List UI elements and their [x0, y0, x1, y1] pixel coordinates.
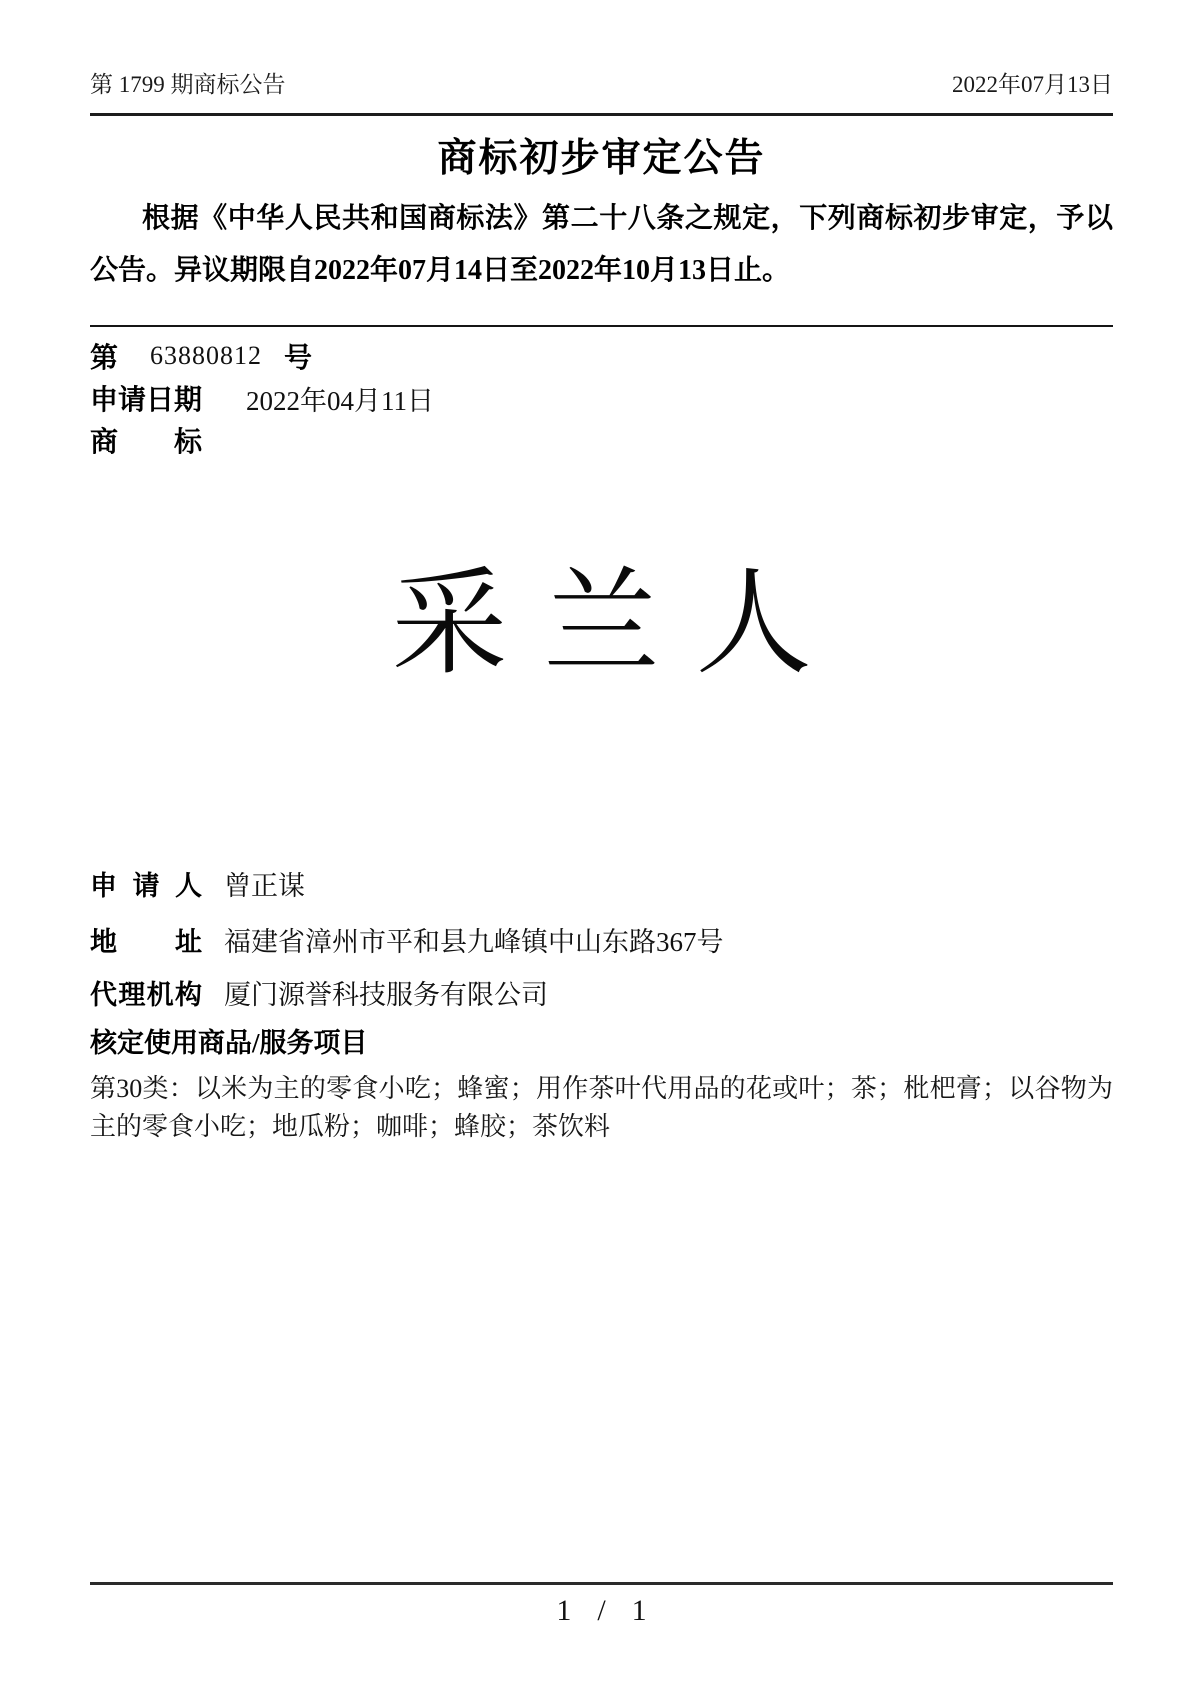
address-row: 地址 福建省漳州市平和县九峰镇中山东路367号: [90, 923, 1113, 961]
agency-row: 代理机构 厦门源誉科技服务有限公司: [90, 976, 1113, 1014]
registration-number-row: 第 63880812 号: [90, 335, 1113, 377]
reg-prefix-label: 第: [90, 336, 118, 376]
page-number: 1/1: [90, 1594, 1113, 1628]
page-footer: 1/1: [90, 1582, 1113, 1628]
gazette-page: 第 1799 期商标公告 2022年07月13日 商标初步审定公告 根据《中华人…: [0, 0, 1190, 1684]
trademark-mark-text: 采兰人: [392, 530, 848, 697]
address-label: 地址: [90, 923, 202, 961]
reg-suffix-label: 号: [284, 336, 312, 376]
agency-label: 代理机构: [90, 976, 202, 1014]
trademark-label: 商标: [90, 420, 202, 460]
record-divider: [90, 325, 1113, 327]
trademark-image-area: 采兰人: [90, 461, 1113, 841]
current-page-number: 1: [556, 1594, 571, 1627]
agency-value: 厦门源誉科技服务有限公司: [224, 976, 548, 1014]
footer-divider: [90, 1582, 1113, 1585]
registration-number: 63880812: [150, 341, 262, 371]
address-value: 福建省漳州市平和县九峰镇中山东路367号: [224, 923, 724, 961]
application-date-value: 2022年04月11日: [246, 379, 434, 418]
header-divider: [90, 113, 1113, 116]
gazette-issue-label: 第 1799 期商标公告: [90, 72, 286, 97]
goods-services-heading: 核定使用商品/服务项目: [90, 1026, 1113, 1060]
applicant-label: 申请人: [90, 867, 202, 905]
total-page-number: 1: [632, 1594, 647, 1627]
intro-paragraph: 根据《中华人民共和国商标法》第二十八条之规定，下列商标初步审定，予以公告。异议期…: [90, 193, 1113, 297]
trademark-label-row: 商标: [90, 419, 1113, 461]
page-number-separator: /: [597, 1594, 605, 1627]
goods-services-list: 第30类：以米为主的零食小吃；蜂蜜；用作茶叶代用品的花或叶；茶；枇杷膏；以谷物为…: [90, 1070, 1113, 1146]
applicant-row: 申请人 曾正谋: [90, 867, 1113, 905]
application-date-row: 申请日期 2022年04月11日: [90, 377, 1113, 419]
gazette-date-label: 2022年07月13日: [952, 72, 1113, 97]
page-header: 第 1799 期商标公告 2022年07月13日: [90, 72, 1113, 97]
applicant-value: 曾正谋: [224, 867, 305, 905]
application-date-label: 申请日期: [90, 378, 202, 418]
page-title: 商标初步审定公告: [90, 136, 1113, 183]
